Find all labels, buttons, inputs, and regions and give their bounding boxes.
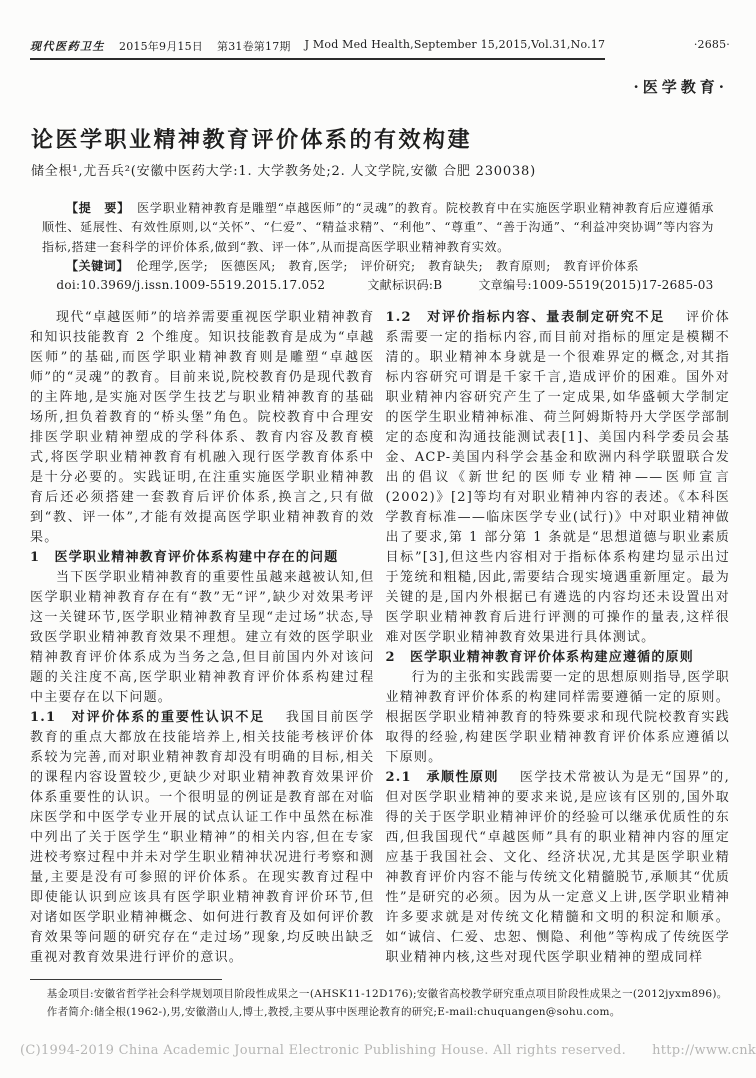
- page-number: ·2685·: [694, 38, 730, 51]
- section-1-1-paragraph: 1.1 对评价体系的重要性认识不足我国目前医学教育的重点大都放在技能培养上,相关…: [30, 708, 375, 968]
- abstract: 【提 要】医学职业精神教育是雕塑“卓越医师”的“灵魂”的教育。院校教育中在实施医…: [42, 199, 714, 257]
- cnki-watermark: (C)1994-2019 China Academic Journal Elec…: [20, 1043, 736, 1058]
- journal-page: 现代医药卫生 2015年9月15日 第31卷第17期 J Mod Med Hea…: [0, 0, 756, 1078]
- column-left: 现代“卓越医师”的培养需要重视医学职业精神教育和知识技能教育 2 个维度。知识技…: [30, 308, 375, 968]
- article-title: 论医学职业精神教育评价体系的有效构建: [31, 123, 472, 154]
- keywords: 【关键词】伦理学,医学; 医德医风; 教育,医学; 评价研究; 教育缺失; 教育…: [42, 257, 714, 276]
- section-1-2-heading: 1.2 对评价指标内容、量表制定研究不足: [386, 310, 666, 325]
- watermark-text: (C)1994-2019 China Academic Journal Elec…: [20, 1043, 626, 1058]
- journal-masthead: 现代医药卫生 2015年9月15日 第31卷第17期 J Mod Med Hea…: [30, 38, 605, 60]
- footnote-divider: [30, 979, 222, 980]
- section-1-paragraph: 当下医学职业精神教育的重要性虽越来越被认知,但医学职业精神教育存在有“教”无“评…: [30, 568, 375, 708]
- doi: doi:10.3969/j.issn.1009-5519.2015.17.052: [56, 278, 325, 292]
- section-2-paragraph: 行为的主张和实践需要一定的思想原则指导,医学职业精神教育评价体系的构建同样需要遵…: [386, 668, 731, 768]
- section-1-1-text: 我国目前医学教育的重点大都放在技能培养上,相关技能考核评价体系较为完善,而对职业…: [30, 710, 375, 965]
- section-1-1-heading: 1.1 对评价体系的重要性认识不足: [30, 710, 265, 725]
- section-2-1-text: 医学技术常被认为是无“国界”的,但对医学职业精神的要求来说,是应该有区别的,国外…: [386, 770, 731, 965]
- section-1-2-text: 评价体系需要一定的指标内容,而目前对指标的厘定是模糊不清的。职业精神本身就是一个…: [386, 310, 731, 645]
- column-right: 1.2 对评价指标内容、量表制定研究不足评价体系需要一定的指标内容,而目前对指标…: [386, 308, 731, 968]
- keywords-label: 【关键词】: [66, 259, 129, 273]
- document-code: 文献标识码:B: [367, 278, 442, 292]
- author-affiliation-line: 储全根¹,尤吾兵²(安徽中医药大学:1. 大学教务处;2. 人文学院,安徽 合肥…: [31, 160, 726, 179]
- volume-issue: 第31卷第17期: [217, 38, 291, 54]
- front-matter: 【提 要】医学职业精神教育是雕塑“卓越医师”的“灵魂”的教育。院校教育中在实施医…: [42, 199, 714, 295]
- article-number: 文章编号:1009-5519(2015)17-2685-03: [478, 278, 713, 292]
- page-header: 现代医药卫生 2015年9月15日 第31卷第17期 J Mod Med Hea…: [30, 38, 730, 60]
- footnote-area: 基金项目:安徽省哲学社会科学规划项目阶段性成果之一(AHSK11-12D176)…: [30, 979, 730, 1021]
- issue-date: 2015年9月15日: [119, 38, 203, 54]
- intro-paragraph: 现代“卓越医师”的培养需要重视医学职业精神教育和知识技能教育 2 个维度。知识技…: [30, 308, 375, 548]
- article-body: 现代“卓越医师”的培养需要重视医学职业精神教育和知识技能教育 2 个维度。知识技…: [30, 308, 730, 968]
- section-2-1-paragraph: 2.1 承顺性原则医学技术常被认为是无“国界”的,但对医学职业精神的要求来说,是…: [386, 768, 731, 968]
- section-1-heading: 1 医学职业精神教育评价体系构建中存在的问题: [30, 548, 375, 568]
- keywords-text: 伦理学,医学; 医德医风; 教育,医学; 评价研究; 教育缺失; 教育原则; 教…: [136, 259, 639, 273]
- section-2-heading: 2 医学职业精神教育评价体系构建应遵循的原则: [386, 648, 731, 668]
- watermark-url: http://www.cnki.net: [652, 1043, 756, 1058]
- fund-project-note: 基金项目:安徽省哲学社会科学规划项目阶段性成果之一(AHSK11-12D176)…: [30, 986, 730, 1004]
- section-category-label: ·医学教育·: [634, 76, 728, 97]
- section-2-1-heading: 2.1 承顺性原则: [386, 770, 500, 785]
- author-bio-note: 作者简介:储全根(1962-),男,安徽潜山人,博士,教授,主要从事中医理论教育…: [30, 1004, 730, 1022]
- journal-name-en: J Mod Med Health,September 15,2015,Vol.3…: [305, 38, 606, 54]
- section-1-2-paragraph: 1.2 对评价指标内容、量表制定研究不足评价体系需要一定的指标内容,而目前对指标…: [386, 308, 731, 648]
- abstract-text: 医学职业精神教育是雕塑“卓越医师”的“灵魂”的教育。院校教育中在实施医学职业精神…: [42, 201, 714, 254]
- journal-name-cn: 现代医药卫生: [30, 38, 105, 54]
- abstract-label: 【提 要】: [66, 201, 130, 215]
- article-meta: doi:10.3969/j.issn.1009-5519.2015.17.052…: [42, 276, 714, 295]
